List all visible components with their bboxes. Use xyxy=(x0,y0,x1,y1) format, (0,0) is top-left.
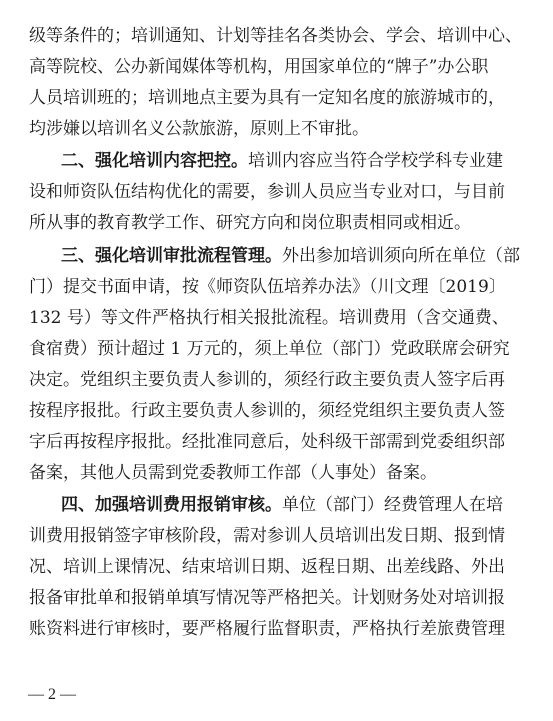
page-number: — 2 — xyxy=(28,684,76,706)
section-heading: 三、强化培训审批流程管理。 xyxy=(61,246,282,266)
section-heading: 四、加强培训费用报销审核。 xyxy=(61,495,282,515)
text-line: 门）提交书面申请，按《师资队伍培养办法》（川文理〔2019〕 xyxy=(29,276,483,298)
text-line: 字后再按程序报批。经批准同意后，处科级干部需到党委组织部 xyxy=(29,431,483,453)
text-line: 132 号）等文件严格执行相关报批流程。培训费用（含交通费、 xyxy=(29,307,483,329)
text-line: 账资料进行审核时，要严格履行监督职责，严格执行差旅费管理 xyxy=(29,618,483,640)
text-line: 决定。党组织主要负责人参训的，须经行政主要负责人签字后再 xyxy=(29,369,483,391)
text-line: 报备审批单和报销单填写情况等严格把关。计划财务处对培训报 xyxy=(29,587,483,609)
section-2-first-line: 二、强化培训内容把控。培训内容应当符合学校学科专业建 xyxy=(61,150,483,172)
text-line: 人员培训班的；培训地点主要为具有一定知名度的旅游城市的， xyxy=(29,87,483,109)
section-heading: 二、强化培训内容把控。 xyxy=(61,151,248,171)
text-line: 况、培训上课情况、结束培训日期、返程日期、出差线路、外出 xyxy=(29,556,483,578)
text-line: 级等条件的；培训通知、计划等挂名各类协会、学会、培训中心、 xyxy=(29,25,483,47)
text-line: 训费用报销签字审核阶段，需对参训人员培训出发日期、报到情 xyxy=(29,525,483,547)
section-3-first-line: 三、强化培训审批流程管理。外出参加培训须向所在单位（部 xyxy=(61,245,483,267)
text-line: 设和师资队伍结构优化的需要，参训人员应当专业对口，与目前 xyxy=(29,181,483,203)
text-line: 食宿费）预计超过 1 万元的，须上单位（部门）党政联席会研究 xyxy=(29,338,483,360)
paragraph-text: 外出参加培训须向所在单位（部 xyxy=(282,246,520,266)
text-line: 高等院校、公办新闻媒体等机构，用国家单位的“牌子”办公职 xyxy=(29,56,483,78)
paragraph-text: 单位（部门）经费管理人在培 xyxy=(282,495,503,515)
text-line: 均涉嫌以培训名义公款旅游，原则上不审批。 xyxy=(29,118,483,140)
text-line: 备案，其他人员需到党委教师工作部（人事处）备案。 xyxy=(29,462,483,484)
text-line: 所从事的教育教学工作、研究方向和岗位职责相同或相近。 xyxy=(29,212,483,234)
document-page: 级等条件的；培训通知、计划等挂名各类协会、学会、培训中心、 高等院校、公办新闻媒… xyxy=(0,0,553,721)
section-4-first-line: 四、加强培训费用报销审核。单位（部门）经费管理人在培 xyxy=(61,494,483,516)
paragraph-text: 培训内容应当符合学校学科专业建 xyxy=(248,151,503,171)
text-line: 按程序报批。行政主要负责人参训的，须经党组织主要负责人签 xyxy=(29,400,483,422)
